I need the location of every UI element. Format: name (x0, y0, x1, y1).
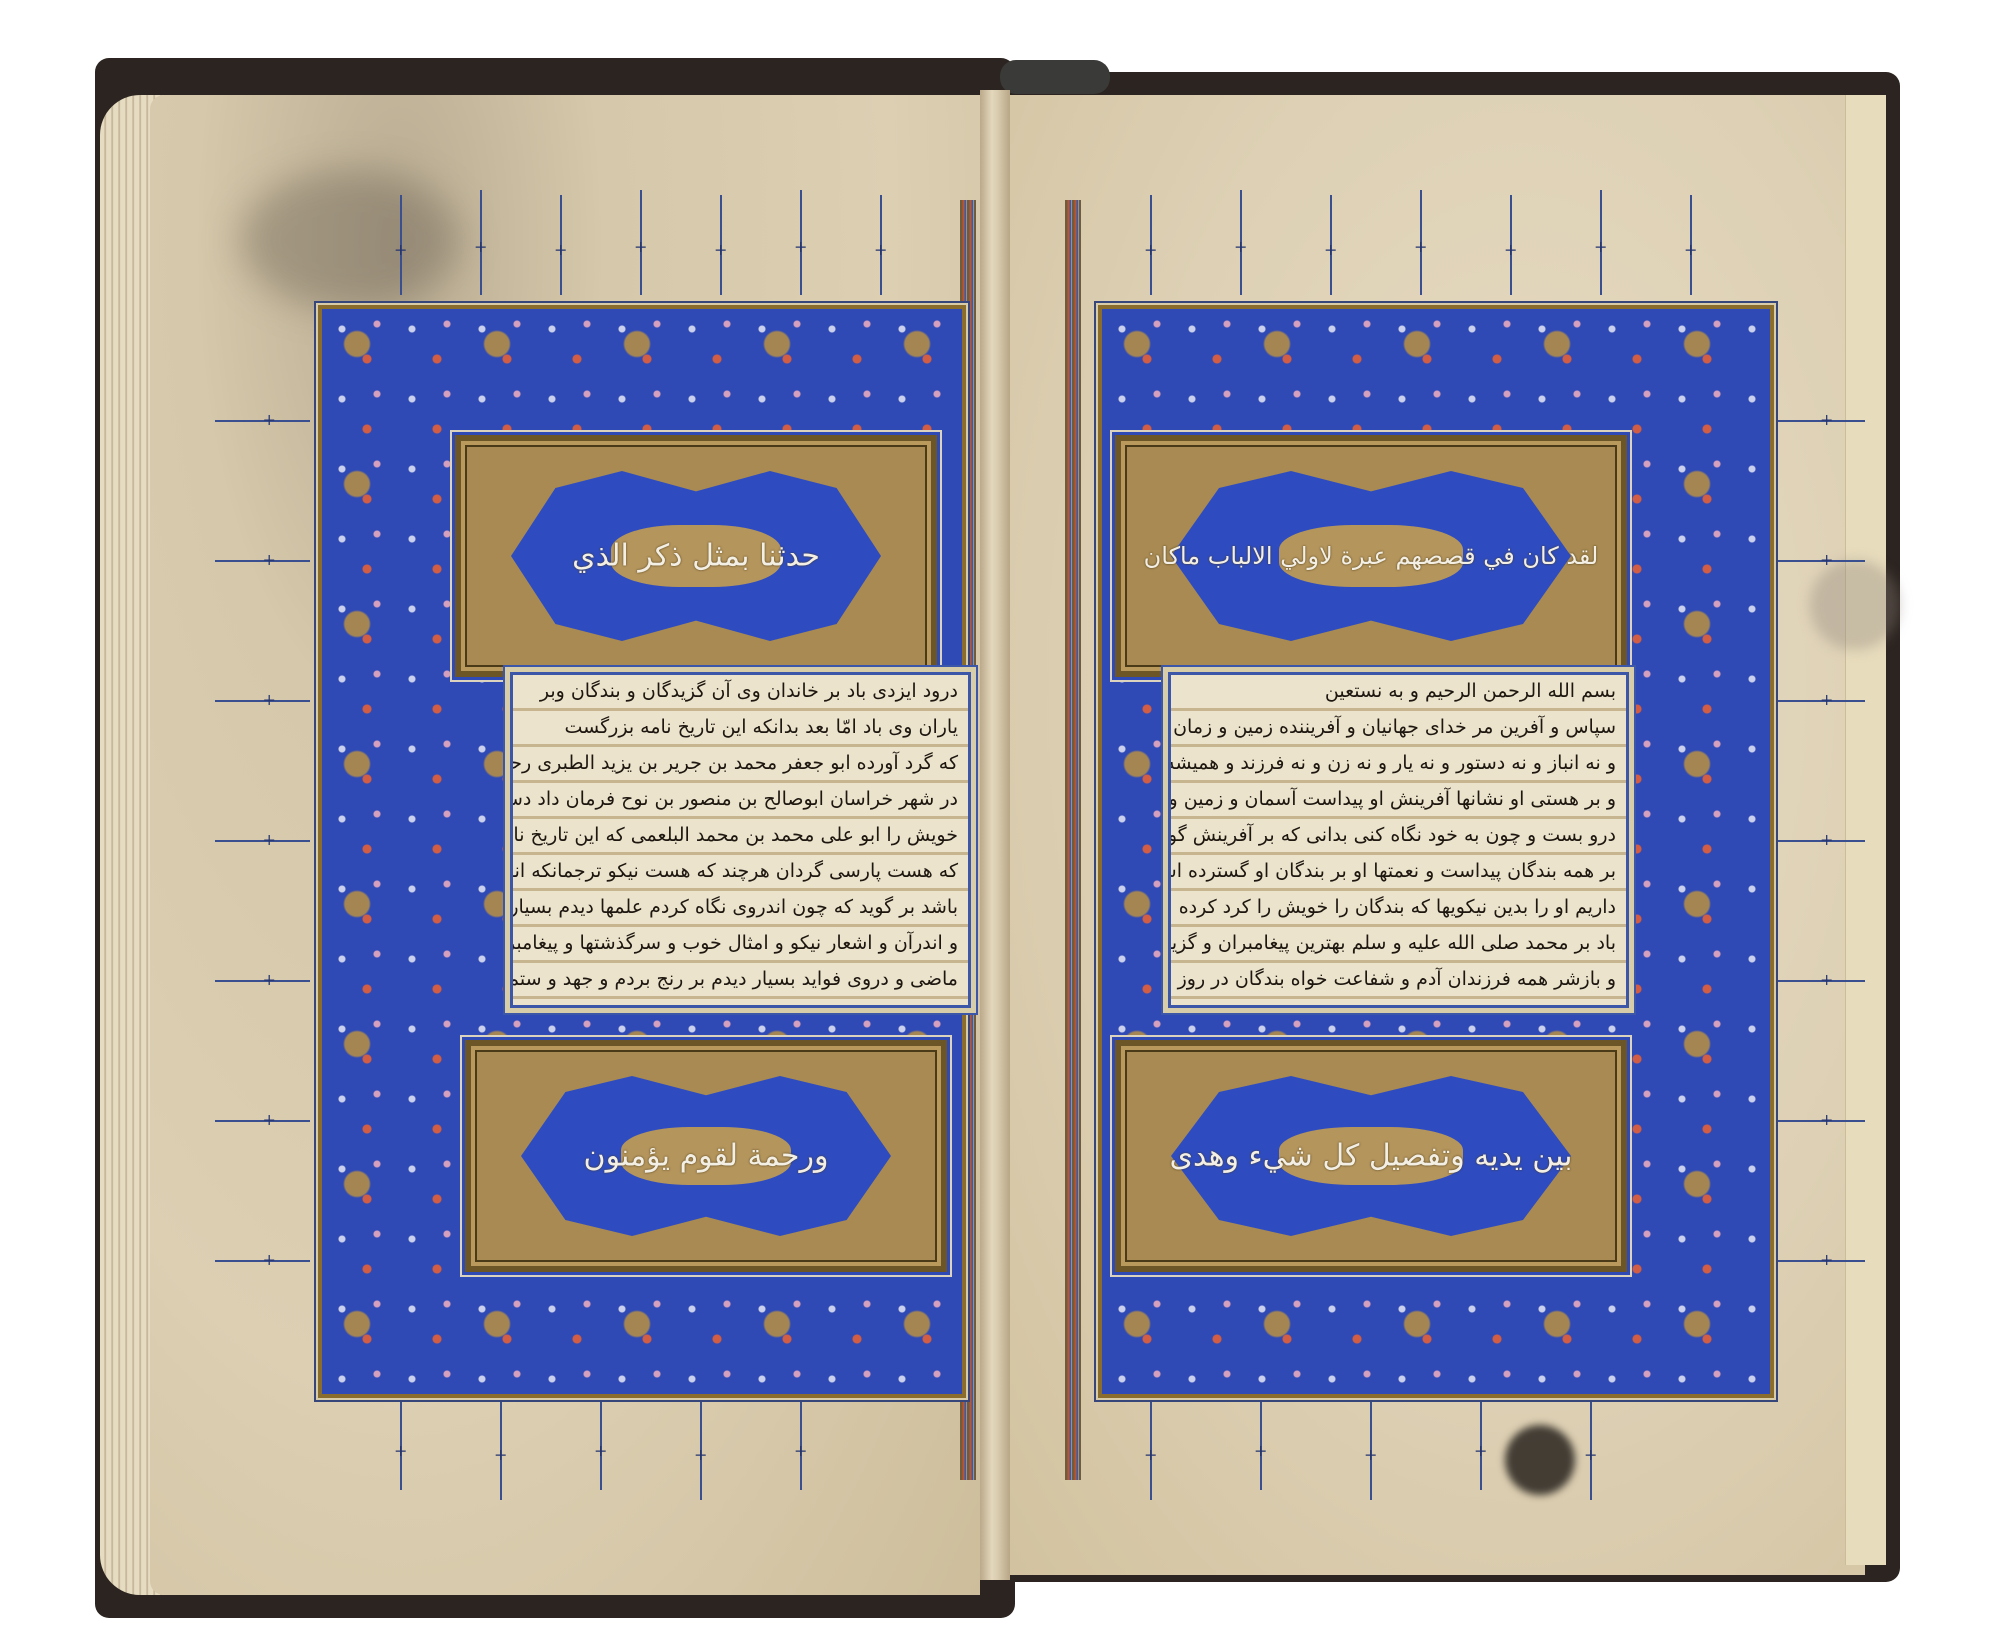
text-line: که هست پارسی گردان هرچند که هست نیکو ترج… (513, 855, 968, 891)
cartouche-panel-bottom-right: بين يديه وتفصيل كل شيء وهدى (1115, 1040, 1627, 1272)
text-line: خویش را ابو علی محمد بن محمد البلعمی که … (513, 819, 968, 855)
text-block-left: درود ایزدی باد بر خاندان وی آن گزیدگان و… (510, 672, 971, 1008)
text-line: درود ایزدی باد بر خاندان وی آن گزیدگان و… (513, 675, 968, 711)
flyleaf (1845, 95, 1886, 1565)
text-block-right: بسم الله الرحمن الرحیم و به نستعین سپاس … (1168, 672, 1629, 1008)
text-line: سپاس و آفرین مر خدای جهانیان و آفریننده … (1171, 711, 1626, 747)
cartouche-panel-top-left: حدثنا بمثل ذكر الذي (455, 435, 937, 677)
text-line: باد بر محمد صلی الله علیه و سلم بهترین پ… (1171, 927, 1626, 963)
seal-stamp (1810, 560, 1900, 650)
cartouche-inscription: ورحمة لقوم يؤمنون (471, 1139, 941, 1174)
stain-top-left (240, 170, 460, 310)
cartouche-inscription: لقد كان في قصصهم عبرة لاولي الالباب ماكا… (1121, 542, 1621, 570)
text-line: و بازشر همه فرزندان آدم و شفاعت خواه بند… (1171, 963, 1626, 999)
binding-clasp (1000, 60, 1110, 94)
text-line: باشد بر گوید که چون اندروی نگاه کردم علم… (513, 891, 968, 927)
cartouche-inscription: بين يديه وتفصيل كل شيء وهدى (1121, 1139, 1621, 1174)
text-line: درو بست و چون به خود نگاه کنی بدانی که ب… (1171, 819, 1626, 855)
text-line: در شهر خراسان ابوصالح بن منصور بن نوح فر… (513, 783, 968, 819)
text-line: که گرد آورده ابو جعفر محمد بن جریر بن یز… (513, 747, 968, 783)
text-line: و نه انباز و نه دستور و نه یار و نه زن و… (1171, 747, 1626, 783)
text-line: ماضی و دروی فواید بسیار دیدم بر رنج بردم… (513, 963, 968, 999)
gutter-strips-right (1065, 200, 1081, 1480)
stain-bottom-right (1505, 1425, 1575, 1495)
text-line: بر همه بندگان پیداست و نعمتها او بر بندگ… (1171, 855, 1626, 891)
cartouche-panel-top-right: لقد كان في قصصهم عبرة لاولي الالباب ماكا… (1115, 435, 1627, 677)
cartouche-panel-bottom-left: ورحمة لقوم يؤمنون (465, 1040, 947, 1272)
cartouche-inscription: حدثنا بمثل ذكر الذي (461, 539, 931, 574)
text-line: بسم الله الرحمن الرحیم و به نستعین (1171, 675, 1626, 711)
text-line: و اندرآن و اشعار نیکو و امثال خوب و سرگذ… (513, 927, 968, 963)
text-line: و بر هستی او نشانها آفرینش او پیداست آسم… (1171, 783, 1626, 819)
text-line: یاران وی باد امّا بعد بدانکه این تاریخ ن… (513, 711, 968, 747)
text-line: داریم او را بدین نیکویها که بندگان را خو… (1171, 891, 1626, 927)
gutter (980, 90, 1010, 1580)
